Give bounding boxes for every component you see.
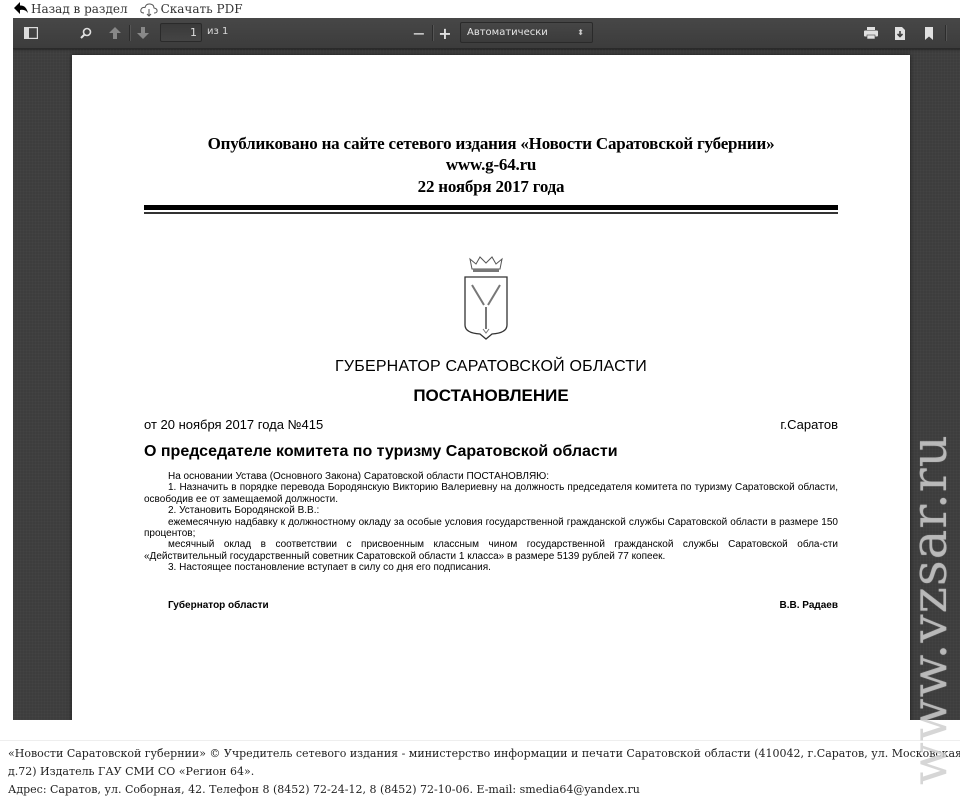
print-icon bbox=[864, 27, 878, 39]
footer-publisher-line-2: д.72) Издатель ГАУ СМИ СО «Регион 64». bbox=[8, 763, 960, 781]
footer-divider bbox=[0, 740, 960, 741]
body-paragraph: На основании Устава (Основного Закона) С… bbox=[144, 471, 838, 482]
publication-site: www.g-64.ru bbox=[72, 155, 910, 175]
toolbar-separator bbox=[945, 25, 947, 41]
zoom-select[interactable]: Автоматически ⬍ bbox=[460, 22, 593, 43]
search-button[interactable] bbox=[75, 22, 97, 44]
document-body: На основании Устава (Основного Закона) С… bbox=[144, 471, 838, 574]
sidebar-toggle-icon bbox=[24, 27, 38, 39]
zoom-out-button[interactable]: − bbox=[408, 22, 430, 44]
body-paragraph: 2. Установить Бородянской В.В.: bbox=[144, 505, 838, 516]
body-paragraph: 3. Настоящее постановление вступает в си… bbox=[144, 562, 838, 573]
document-canvas[interactable]: Опубликовано на сайте сетевого издания «… bbox=[13, 49, 960, 720]
pdf-viewer: 1 из 1 − + Автоматически ⬍ Опубликова bbox=[13, 18, 960, 720]
body-paragraph: 1. Назначить в порядке перевода Бородянс… bbox=[144, 482, 838, 505]
back-arrow-icon bbox=[14, 2, 28, 17]
bookmark-button[interactable] bbox=[918, 22, 940, 44]
arrow-up-icon bbox=[109, 27, 121, 39]
publication-date: 22 ноября 2017 года bbox=[72, 177, 910, 197]
search-icon bbox=[80, 27, 92, 39]
footer-publisher-line: «Новости Саратовской губернии» © Учредит… bbox=[8, 745, 960, 763]
document-city: г.Саратов bbox=[780, 417, 838, 432]
download-icon bbox=[894, 27, 906, 40]
body-paragraph: месячный оклад в соответствии с присвоен… bbox=[144, 539, 838, 562]
print-button[interactable] bbox=[860, 22, 882, 44]
previous-page-button[interactable] bbox=[104, 22, 126, 44]
back-to-section-link[interactable]: Назад в раздел bbox=[14, 2, 128, 17]
header-rule-thin bbox=[144, 212, 838, 214]
bookmark-icon bbox=[924, 27, 934, 40]
pdf-toolbar: 1 из 1 − + Автоматически ⬍ bbox=[13, 18, 960, 49]
signature-name: В.В. Радаев bbox=[780, 600, 839, 611]
page-count: из 1 bbox=[207, 26, 228, 37]
zoom-in-button[interactable]: + bbox=[434, 22, 456, 44]
sidebar-toggle-button[interactable] bbox=[20, 22, 42, 44]
footer-address: Адрес: Саратов, ул. Соборная, 42. Телефо… bbox=[8, 781, 960, 799]
download-button[interactable] bbox=[889, 22, 911, 44]
page-number-input[interactable]: 1 bbox=[160, 23, 202, 42]
select-arrows-icon: ⬍ bbox=[577, 23, 584, 42]
document-date-number: от 20 ноября 2017 года №415 bbox=[144, 417, 323, 432]
cloud-download-icon bbox=[140, 3, 158, 15]
document-title: О председателе комитета по туризму Сарат… bbox=[144, 443, 618, 461]
signature-title: Губернатор области bbox=[168, 600, 269, 611]
document-type: ПОСТАНОВЛЕНИЕ bbox=[72, 386, 910, 406]
toolbar-separator bbox=[129, 25, 131, 41]
top-links: Назад в раздел Скачать PDF bbox=[14, 0, 243, 18]
publication-note: Опубликовано на сайте сетевого издания «… bbox=[72, 134, 910, 154]
download-pdf-link[interactable]: Скачать PDF bbox=[140, 2, 243, 16]
body-paragraph: ежемесячную надбавку к должностному окла… bbox=[144, 517, 838, 540]
pdf-page: Опубликовано на сайте сетевого издания «… bbox=[72, 55, 910, 720]
download-pdf-label: Скачать PDF bbox=[161, 2, 243, 16]
arrow-down-icon bbox=[137, 27, 149, 39]
back-to-section-label: Назад в раздел bbox=[31, 2, 128, 16]
issuing-authority: ГУБЕРНАТОР САРАТОВСКОЙ ОБЛАСТИ bbox=[72, 358, 910, 376]
zoom-select-value: Автоматически bbox=[467, 27, 548, 38]
next-page-button[interactable] bbox=[132, 22, 154, 44]
header-rule-thick bbox=[144, 205, 838, 210]
site-footer: «Новости Саратовской губернии» © Учредит… bbox=[8, 745, 960, 799]
saratov-coat-of-arms-icon bbox=[462, 255, 510, 345]
